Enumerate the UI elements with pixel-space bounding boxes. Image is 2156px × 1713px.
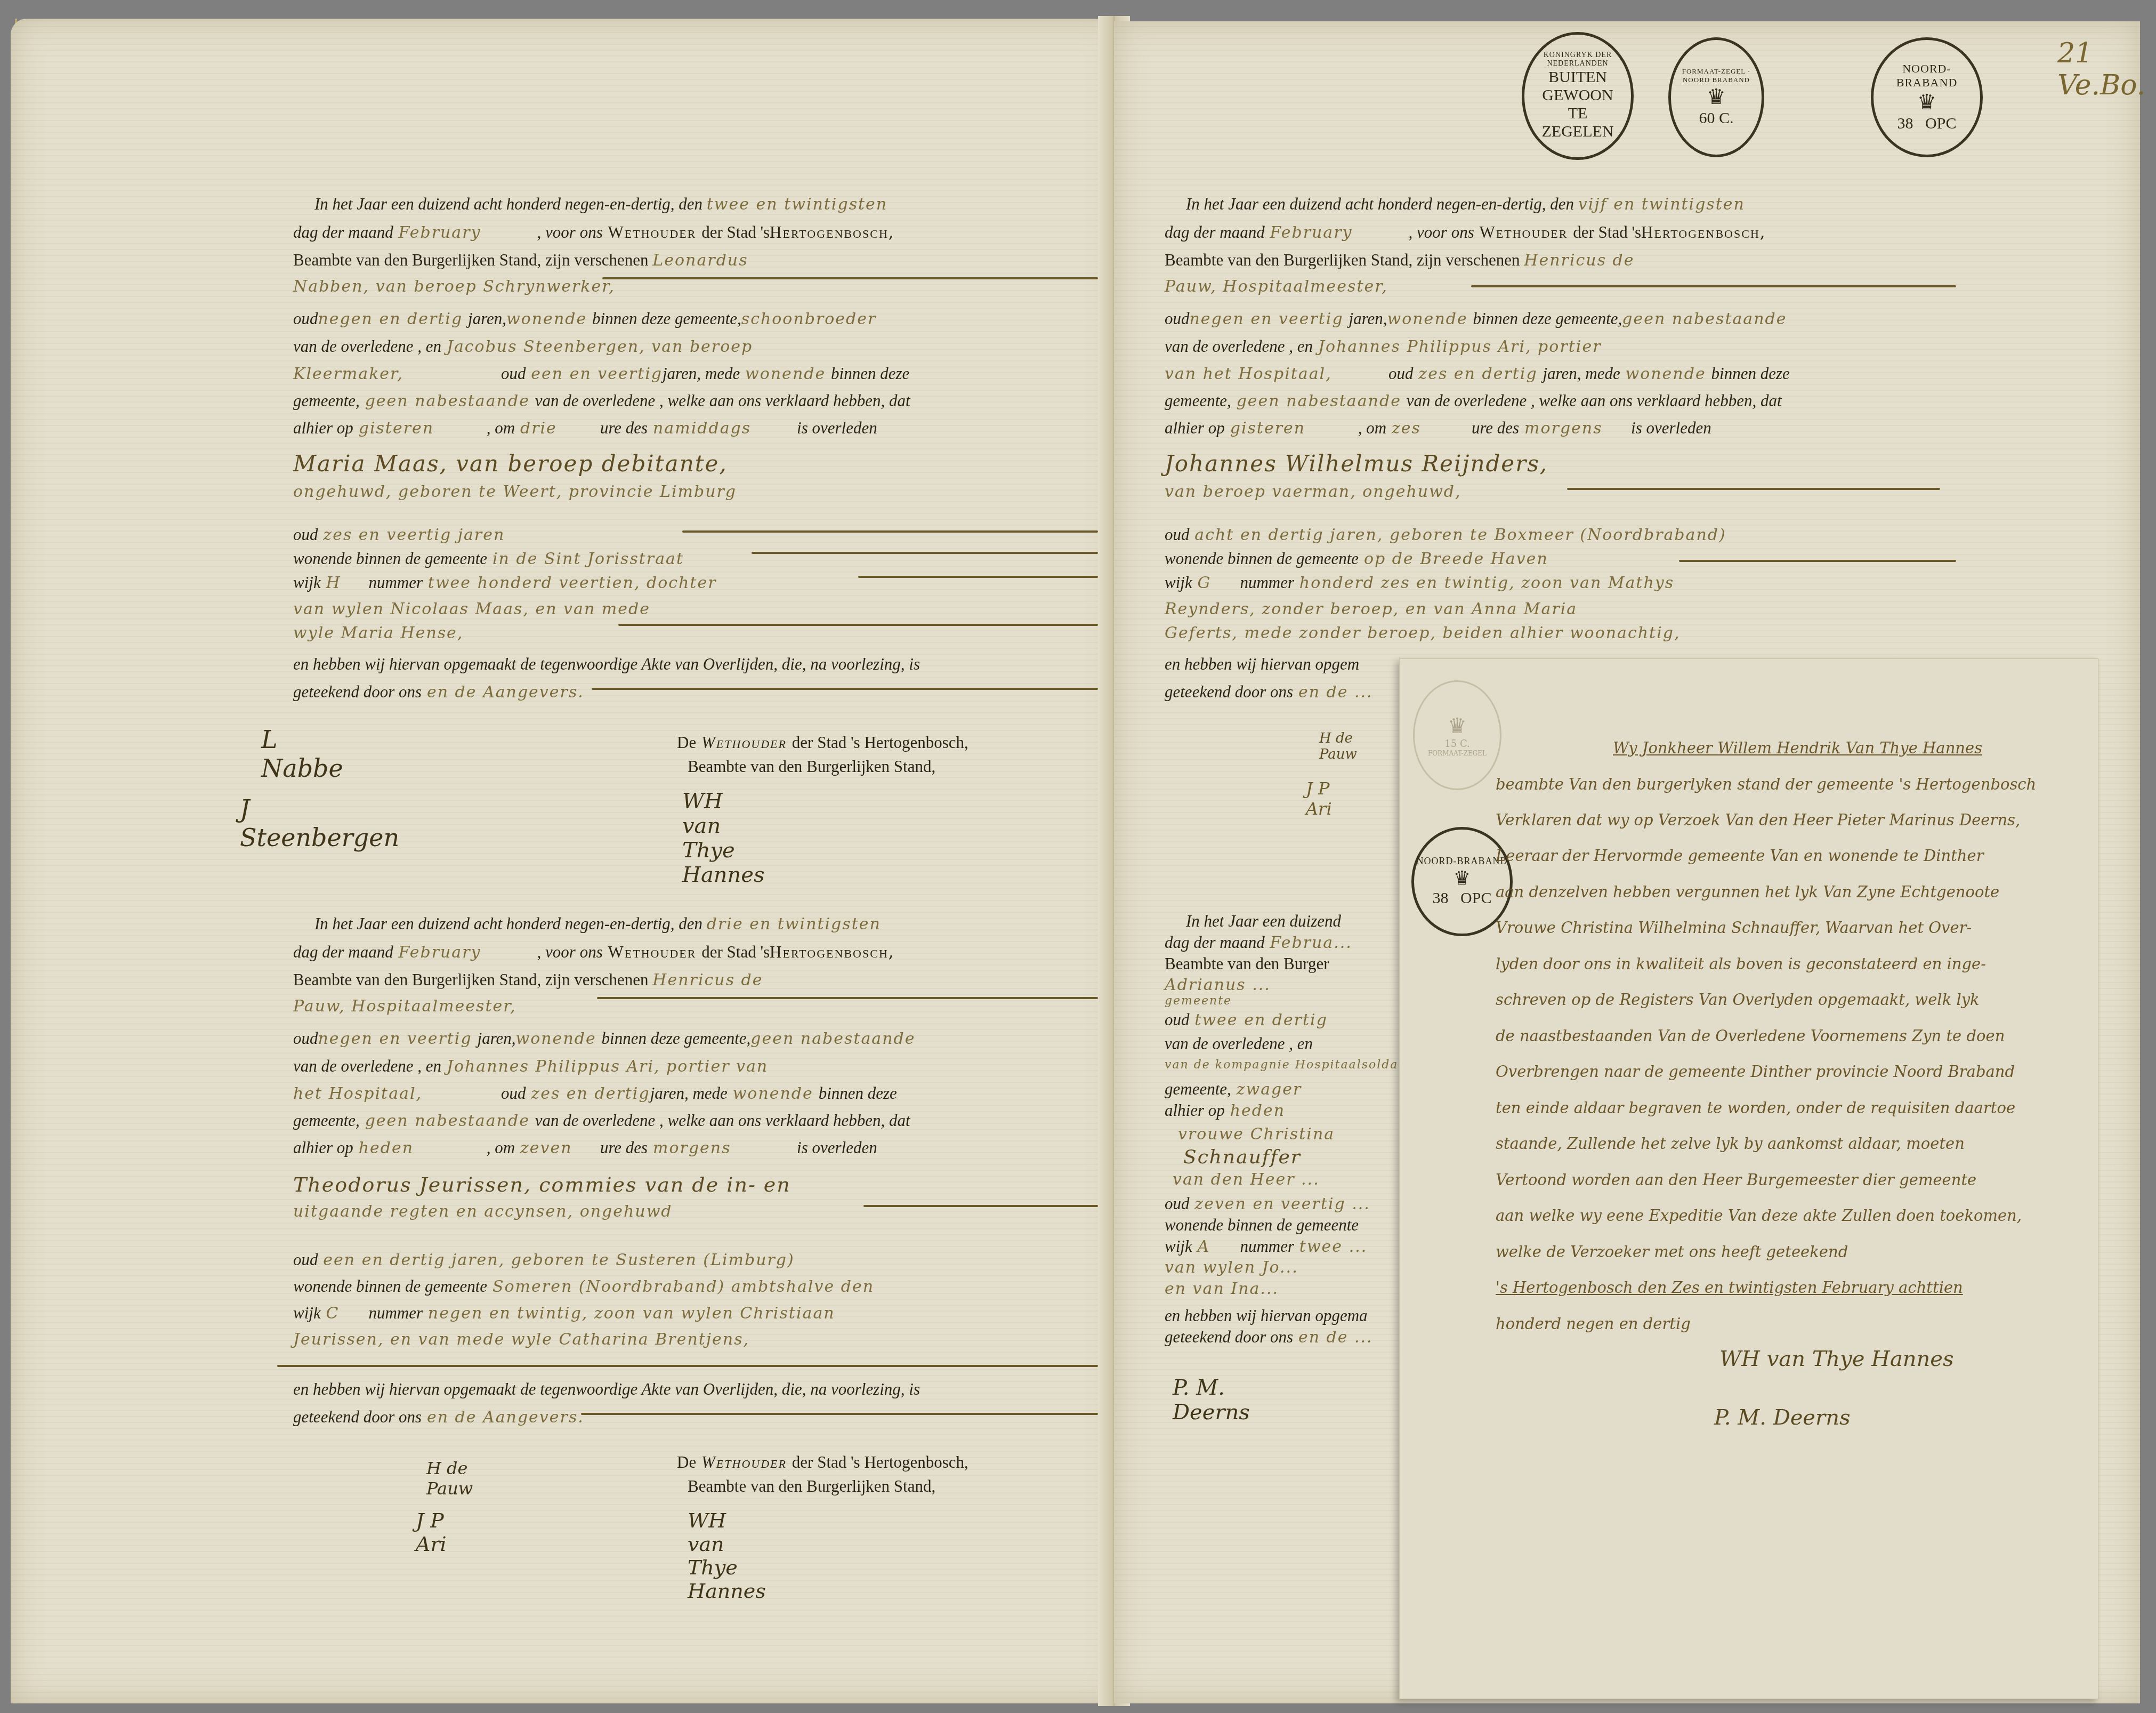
signature-declarant-2: J P Ari — [1306, 778, 1332, 819]
signature-official: WH van Thye Hannes — [688, 1509, 766, 1603]
crown-shield-icon: ♛ — [1917, 90, 1936, 115]
signature-declarant-1: L Nabbe — [261, 725, 343, 783]
signature-requester: P. M. Deerns — [1714, 1405, 1850, 1430]
crown-shield-icon: ♛ — [1707, 84, 1726, 109]
embossed-formaat-zegel-stamp: ♛ 15 C. FORMAAT-ZEGEL — [1413, 680, 1501, 790]
signature-declarant-1: H de Pauw — [1319, 730, 1357, 762]
stamp-noord-brabant: NOORD-BRABAND ♛ 38 OPC — [1871, 37, 1983, 157]
folio-number: 21 Ve.Bo. — [2057, 37, 2145, 101]
signature-declarant-2: J Steenbergen — [240, 794, 399, 852]
signature-declarant-2: J P Ari — [416, 1509, 447, 1556]
crown-icon: ♛ — [1448, 714, 1467, 738]
signature-declarant: P. M. Deerns — [1173, 1376, 1250, 1425]
signature-official: WH van Thye Hannes — [682, 789, 764, 887]
left-page — [11, 19, 1119, 1703]
stamp-buiten-gewoon: KONINGRYK DER NEDERLANDEN BUITEN GEWOON … — [1522, 32, 1634, 160]
signature-official: WH van Thye Hannes — [1719, 1347, 1954, 1371]
stamp-formaat-zegel: FORMAAT-ZEGEL · NOORD BRABAND ♛ 60 C. — [1668, 37, 1764, 157]
crown-shield-icon: ♛ — [1454, 867, 1471, 889]
inserted-permit-sheet: ♛ 15 C. FORMAAT-ZEGEL NOORD-BRABAND ♛ 38… — [1399, 658, 2098, 1699]
signature-declarant-1: H de Pauw — [426, 1458, 473, 1499]
